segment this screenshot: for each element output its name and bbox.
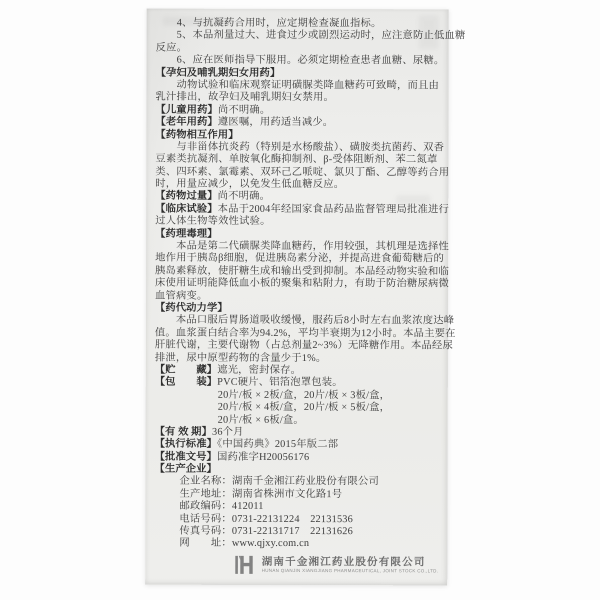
line-text: 与非甾体抗炎药（特别是水杨酸盐）、磺胺类抗菌药、双香 xyxy=(176,142,444,154)
doc-line: 20片/板 × 4板/盒，20片/板 × 5板/盒， xyxy=(155,402,441,415)
doc-line: 胰岛素释放，使肝糖生成和输出受到抑制。本品经动物实验和临 xyxy=(155,265,441,278)
line-text: 20片/板 × 6板/盒。 xyxy=(218,414,304,425)
section-label: 【执行标准】 xyxy=(155,439,217,450)
doc-line: 企业名称：湖南千金湘江药业股份有限公司 xyxy=(154,476,440,489)
line-text: 4、与抗凝药合用时，应定期检查凝血指标。 xyxy=(177,18,382,30)
doc-line: 本品口服后胃肠道吸收缓慢，服药后8小时左右血浆浓度达峰 xyxy=(155,315,441,328)
doc-line: 生产地址：湖南省株洲市文化路1号 xyxy=(154,488,440,501)
doc-line: 20片/板 × 2板/盒，20片/板 × 3板/盒， xyxy=(155,389,441,402)
document-lines: 4、与抗凝药合用时，应定期检查凝血指标。5、本品剂量过大、进食过少或剧烈运动时，… xyxy=(154,18,441,552)
company-name-en: HUNAN QIANJIN XIANGJIANG PHARMACEUTICAL,… xyxy=(262,569,439,574)
line-text: 时，用量应减少，以免发生低血糖反应。 xyxy=(155,179,344,190)
doc-line: 【药理毒理】 xyxy=(155,228,441,241)
line-text: 地作用于胰岛β细胞，促进胰岛素分泌，并提高进食葡萄糖后的 xyxy=(155,253,444,265)
doc-line: 值。血浆蛋白结合率为94.2%，平均半衰期为12小时。本品主要在 xyxy=(155,327,441,340)
doc-line: 排泄，尿中原型药物的含量少于1%。 xyxy=(155,352,441,365)
doc-line: 20片/板 × 6板/盒。 xyxy=(155,414,441,427)
company-name-cn: 湖南千金湘江药业股份有限公司 xyxy=(262,557,439,568)
doc-line: 豆素类抗凝剂、单胺氧化酶抑制剂、β-受体阻断剂、苯二氮䓬 xyxy=(155,154,441,167)
line-text: 乳汁排出，故孕妇及哺乳期妇女禁用。 xyxy=(156,92,334,103)
doc-line: 【药物相互作用】 xyxy=(155,129,441,142)
doc-line: 地作用于胰岛β细胞，促进胰岛素分泌，并提高进食葡萄糖后的 xyxy=(155,253,441,266)
section-label: 【包 装】 xyxy=(155,377,217,388)
company-logo-text: 湖南千金湘江药业股份有限公司 HUNAN QIANJIN XIANGJIANG … xyxy=(262,557,439,574)
section-label: 【儿童用药】 xyxy=(155,104,217,115)
doc-line: 【包 装】PVC硬片、铝箔泡罩包装。 xyxy=(155,377,441,390)
manufacturer-logo-row: 湖南千金湘江药业股份有限公司 HUNAN QIANJIN XIANGJIANG … xyxy=(154,555,438,576)
line-text: 6、应在医师指导下服用。必须定期检查患者血糖、尿糖。 xyxy=(177,55,445,67)
line-text: 类、四环素、氯霉素、双环己乙哌啶、氯贝丁酯、乙醇等药合用 xyxy=(155,166,449,178)
doc-line: 床使用证明能降低血小板的聚集和粘附力，有助于防治糖尿病微 xyxy=(155,278,441,291)
doc-line: 【执行标准】《中国药典》2015年版二部 xyxy=(155,439,441,452)
line-text: 本品是第二代磺脲类降血糖药，作用较强，其机理是选择性 xyxy=(176,241,449,253)
line-text: 本品于2004年经国家食品药品监督管理局批准进行 xyxy=(218,204,449,216)
line-text: 36个月 xyxy=(212,427,244,438)
doc-line: 【药物过量】尚不明确。 xyxy=(155,191,441,204)
doc-line: 乳汁排出，故孕妇及哺乳期妇女禁用。 xyxy=(156,92,442,105)
line-text: 本品口服后胃肠道吸收缓慢，服药后8小时左右血浆浓度达峰 xyxy=(176,315,454,327)
doc-line: 血管病变。 xyxy=(155,290,441,303)
line-text: 网 址：www.qjxy.com.cn xyxy=(179,538,309,549)
line-text: 电话号码：0731-22131224 22131536 xyxy=(179,513,353,524)
line-text: 动物试验和临床观察证明磺脲类降血糖药可致畸，而且由 xyxy=(177,80,439,92)
line-text: 豆素类抗凝剂、单胺氧化酶抑制剂、β-受体阻断剂、苯二氮䓬 xyxy=(155,154,437,166)
line-text: 企业名称：湖南千金湘江药业股份有限公司 xyxy=(180,476,379,488)
section-label: 【药理毒理】 xyxy=(155,228,217,239)
line-text: 20片/板 × 4板/盒，20片/板 × 5板/盒， xyxy=(218,402,390,413)
doc-line: 【有 效 期】36个月 xyxy=(155,427,441,440)
line-text: 尚不明确。 xyxy=(218,191,271,202)
line-text: 反应。 xyxy=(156,42,188,53)
line-text: 遮光，密封保存。 xyxy=(217,365,301,376)
section-label: 【药物相互作用】 xyxy=(155,129,238,140)
doc-line: 邮政编码：412011 xyxy=(154,501,440,514)
line-text: 血管病变。 xyxy=(155,290,208,301)
doc-line: 【孕妇及哺乳期妇女用药】 xyxy=(156,67,442,80)
doc-line: 肝脏代谢，主要代谢物（占总剂量2~3%）无降糖作用。本品经尿 xyxy=(155,340,441,353)
section-label: 【药代动力学】 xyxy=(155,303,228,314)
line-text: 肝脏代谢，主要代谢物（占总剂量2~3%）无降糖作用。本品经尿 xyxy=(155,340,453,352)
line-text: 国药准字H20056176 xyxy=(217,451,309,462)
line-text: 胰岛素释放，使肝糖生成和输出受到抑制。本品经动物实验和临 xyxy=(155,265,449,277)
line-text: 值。血浆蛋白结合率为94.2%，平均半衰期为12小时。本品主要在 xyxy=(155,327,456,339)
section-label: 【孕妇及哺乳期妇女用药】 xyxy=(156,67,281,78)
doc-line: 【儿童用药】尚不明确。 xyxy=(155,104,441,117)
line-text: 5、本品剂量过大、进食过少或剧烈运动时，应注意防止低血糖 xyxy=(177,30,466,42)
doc-line: 5、本品剂量过大、进食过少或剧烈运动时，应注意防止低血糖 xyxy=(156,30,442,43)
line-text: 排泄，尿中原型药物的含量少于1%。 xyxy=(155,352,327,363)
line-text: 尚不明确。 xyxy=(218,105,271,116)
line-text: 《中国药典》2015年版二部 xyxy=(217,439,338,450)
doc-line: 过人体生物等效性试验。 xyxy=(155,216,441,229)
section-label: 【贮 藏】 xyxy=(155,365,217,376)
line-text: 床使用证明能降低血小板的聚集和粘附力，有助于防治糖尿病微 xyxy=(155,278,449,290)
section-label: 【生产企业】 xyxy=(155,464,217,475)
section-label: 【有 效 期】 xyxy=(155,427,212,438)
company-logo-icon xyxy=(235,555,257,575)
doc-line: 【老年用药】遵医嘱，用药适当减少。 xyxy=(155,117,441,130)
doc-line: 网 址：www.qjxy.com.cn xyxy=(154,538,440,551)
doc-line: 【贮 藏】遮光，密封保存。 xyxy=(155,365,441,378)
doc-line: 反应。 xyxy=(156,42,442,55)
line-text: 传真号码：0731-22131717 22131626 xyxy=(179,526,353,537)
line-text: 邮政编码：412011 xyxy=(179,501,263,512)
line-text: 20片/板 × 2板/盒，20片/板 × 3板/盒， xyxy=(218,390,390,401)
section-label: 【老年用药】 xyxy=(155,117,217,128)
section-label: 【药物过量】 xyxy=(155,191,217,202)
doc-line: 6、应在医师指导下服用。必须定期检查患者血糖、尿糖。 xyxy=(156,55,442,68)
line-text: 过人体生物等效性试验。 xyxy=(155,216,270,227)
line-text: 生产地址：湖南省株洲市文化路1号 xyxy=(179,489,342,500)
doc-line: 【批准文号】国药准字H20056176 xyxy=(155,451,441,464)
line-text: PVC硬片、铝箔泡罩包装。 xyxy=(217,377,343,388)
doc-line: 电话号码：0731-22131224 22131536 xyxy=(154,513,440,526)
section-label: 【批准文号】 xyxy=(155,451,217,462)
line-text: 遵医嘱，用药适当减少。 xyxy=(218,117,333,128)
document-body: 4、与抗凝药合用时，应定期检查凝血指标。5、本品剂量过大、进食过少或剧烈运动时，… xyxy=(154,18,441,552)
doc-line: 类、四环素、氯霉素、双环己乙哌啶、氯贝丁酯、乙醇等药合用 xyxy=(155,166,441,179)
section-label: 【临床试验】 xyxy=(155,203,217,214)
doc-line: 【临床试验】本品于2004年经国家食品药品监督管理局批准进行 xyxy=(155,203,441,216)
photo-background: 4、与抗凝药合用时，应定期检查凝血指标。5、本品剂量过大、进食过少或剧烈运动时，… xyxy=(0,0,600,600)
package-insert-paper: 4、与抗凝药合用时，应定期检查凝血指标。5、本品剂量过大、进食过少或剧烈运动时，… xyxy=(145,9,449,586)
doc-line: 与非甾体抗炎药（特别是水杨酸盐）、磺胺类抗菌药、双香 xyxy=(155,142,441,155)
